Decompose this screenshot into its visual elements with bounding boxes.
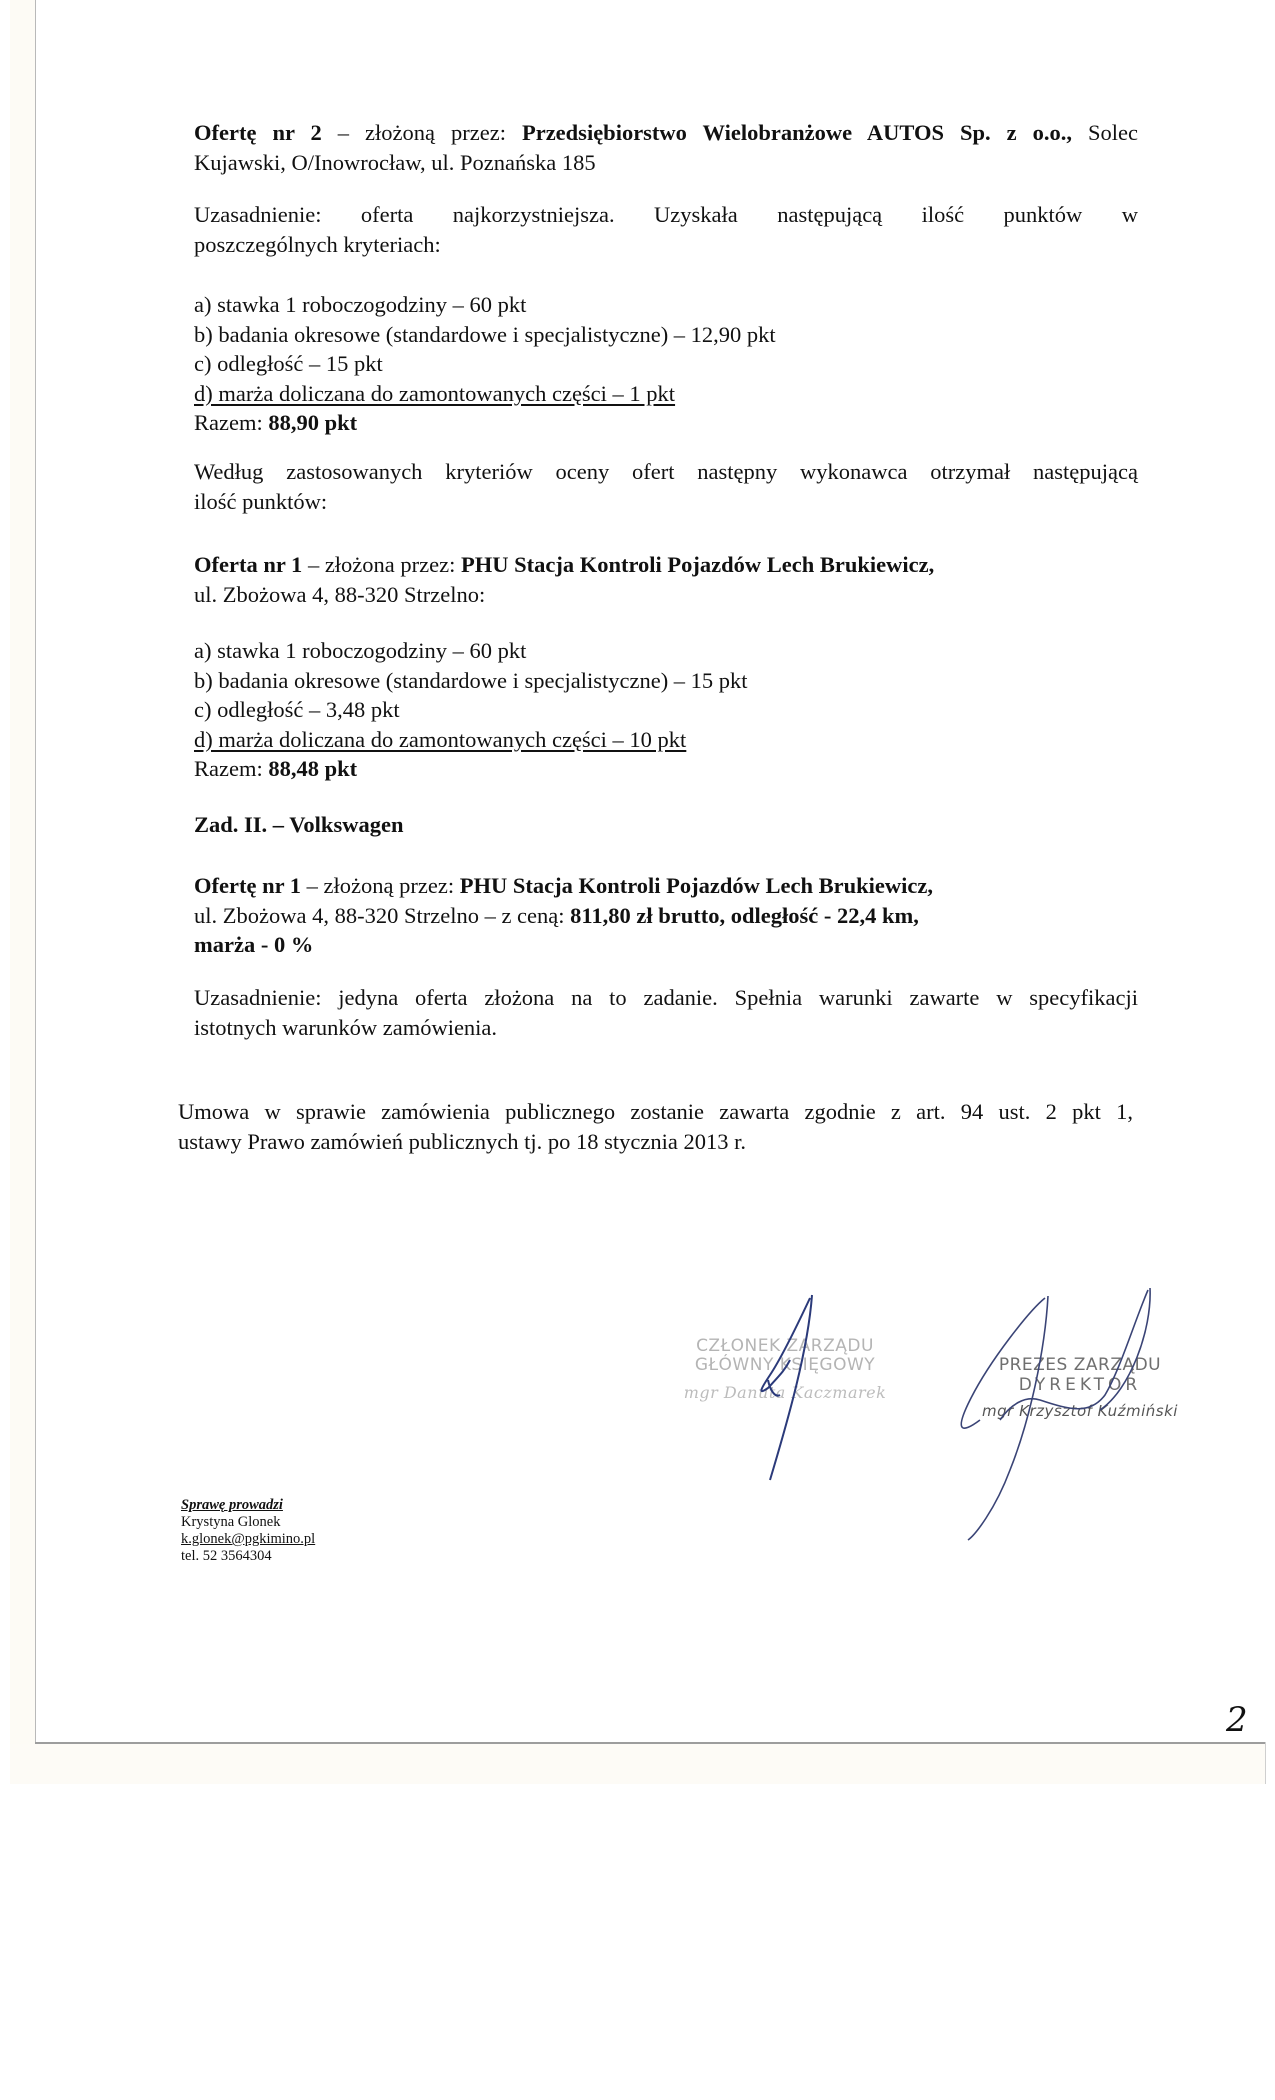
criterion-c: c) odległość – 3,48 pkt [194, 695, 748, 725]
scan-page-edge-left [35, 0, 36, 1742]
offer2-number: Ofertę nr 2 [194, 120, 322, 145]
offer1-criteria: a) stawka 1 roboczogodziny – 60 pkt b) b… [194, 636, 748, 784]
offer1-number: Oferta nr 1 [194, 552, 302, 577]
next-offer-intro: Według zastosowanych kryteriów oceny ofe… [194, 457, 1138, 516]
task2-heading: Zad. II. – Volkswagen [194, 810, 403, 840]
contract-note: Umowa w sprawie zamówienia publicznego z… [178, 1097, 1133, 1156]
scan-page-edge-bottom [35, 1742, 1265, 1744]
offer2-header: Ofertę nr 2 – złożoną przez: Przedsiębio… [194, 118, 1138, 177]
criterion-b: b) badania okresowe (standardowe i specj… [194, 666, 748, 696]
criterion-d: d) marża doliczana do zamontowanych częś… [194, 725, 748, 755]
offer2-company: Przedsiębiorstwo Wielobranżowe AUTOS Sp.… [522, 120, 1072, 145]
contact-phone: tel. 52 3564304 [181, 1548, 315, 1565]
scan-bottom-strip [10, 1744, 1265, 1784]
contact-info: Sprawę prowadzi Krystyna Glonek k.glonek… [181, 1497, 315, 1565]
offer2-total: Razem: 88,90 pkt [194, 408, 776, 438]
criterion-b: b) badania okresowe (standardowe i specj… [194, 320, 776, 350]
task2-justification: Uzasadnienie: jedyna oferta złożona na t… [194, 983, 1138, 1042]
offer1-header: Oferta nr 1 – złożona przez: PHU Stacja … [194, 550, 934, 609]
offer1-company: PHU Stacja Kontroli Pojazdów Lech Brukie… [461, 552, 934, 577]
task2-offer: Ofertę nr 1 – złożoną przez: PHU Stacja … [194, 871, 933, 960]
contact-heading: Sprawę prowadzi [181, 1497, 315, 1514]
signature-right-icon [930, 1270, 1190, 1550]
criterion-c: c) odległość – 15 pkt [194, 349, 776, 379]
offer1-address: ul. Zbożowa 4, 88-320 Strzelno: [194, 580, 934, 610]
criterion-a: a) stawka 1 roboczogodziny – 60 pkt [194, 636, 748, 666]
offer2-criteria: a) stawka 1 roboczogodziny – 60 pkt b) b… [194, 290, 776, 438]
offer2-line1: Ofertę nr 2 – złożoną przez: Przedsiębio… [194, 118, 1138, 148]
criterion-d: d) marża doliczana do zamontowanych częś… [194, 379, 776, 409]
signature-left-icon [620, 1270, 920, 1500]
contact-name: Krystyna Glonek [181, 1514, 315, 1531]
scan-edge-strip [10, 0, 36, 1784]
criterion-a: a) stawka 1 roboczogodziny – 60 pkt [194, 290, 776, 320]
offer2-address: Kujawski, O/Inowrocław, ul. Poznańska 18… [194, 148, 1138, 178]
offer2-justification: Uzasadnienie: oferta najkorzystniejsza. … [194, 200, 1138, 259]
page-number: 2 [1226, 1700, 1248, 1740]
offer1-total: Razem: 88,48 pkt [194, 754, 748, 784]
contact-email[interactable]: k.glonek@pgkimino.pl [181, 1531, 315, 1548]
scan-page-edge-right [1265, 1742, 1266, 1784]
